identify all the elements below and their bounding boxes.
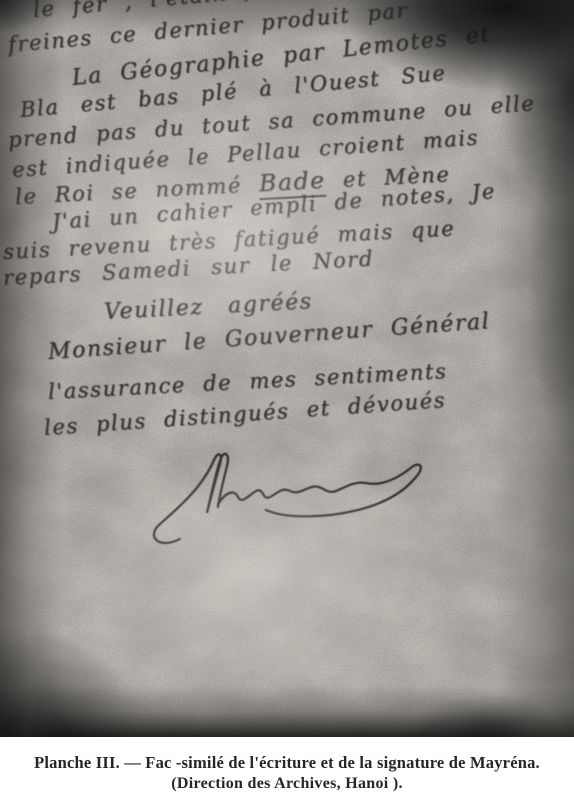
caption-line-2: (Direction des Archives, Hanoi ). xyxy=(0,775,574,793)
book-page: le fer , l'étain ) et pour freines ce de… xyxy=(0,0,574,800)
caption: Planche III. — Fac -similé de l'écriture… xyxy=(0,737,574,800)
manuscript-photo: le fer , l'étain ) et pour freines ce de… xyxy=(0,0,574,737)
photo-vignette xyxy=(0,0,574,737)
caption-line-1: Planche III. — Fac -similé de l'écriture… xyxy=(0,753,574,773)
